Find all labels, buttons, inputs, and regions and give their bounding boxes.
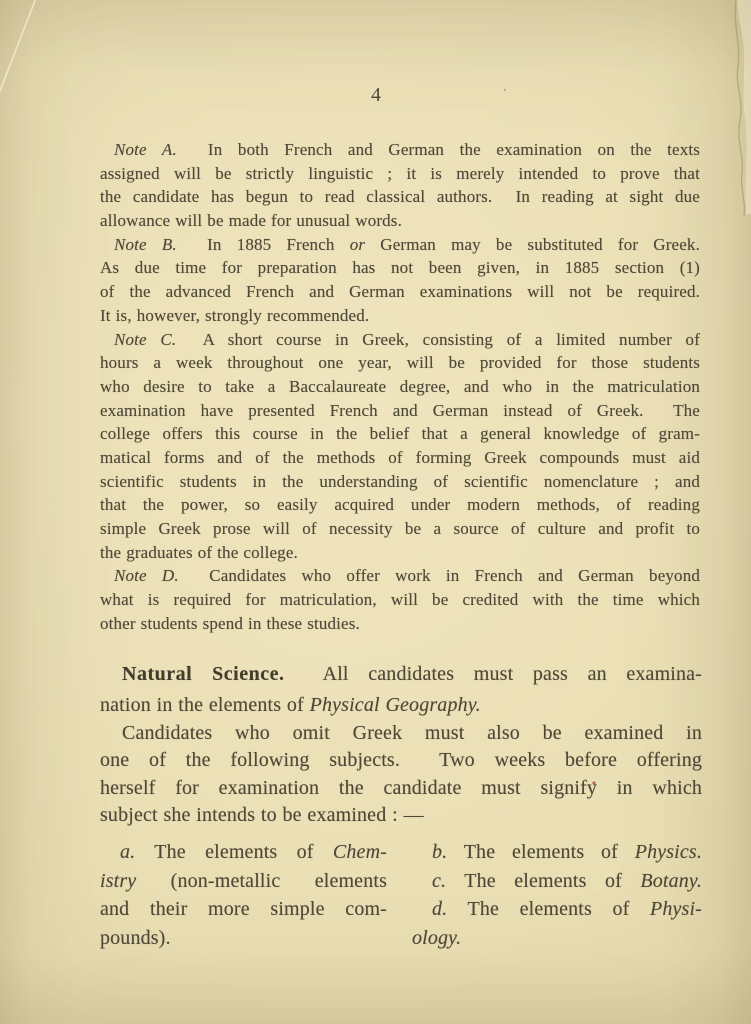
text-line: matical forms and of the methods of form… <box>100 446 700 470</box>
italic-text: Note D. <box>114 566 179 585</box>
text-segment: of the advanced French and German examin… <box>100 282 700 301</box>
text-segment: allowance will be made for unusual words… <box>100 211 402 230</box>
torn-edge-crack <box>735 0 744 216</box>
italic-text: b. <box>432 841 447 863</box>
text-segment: It is, however, strongly recommended. <box>100 306 369 325</box>
subject-item-d: d. The elements of Physi-ology. <box>412 895 702 952</box>
italic-text: Physical Geography. <box>310 694 481 716</box>
italic-text: d. <box>432 898 447 920</box>
text-line: scientific students in the understanding… <box>100 470 700 494</box>
text-segment: matical forms and of the methods of form… <box>100 448 700 467</box>
subject-columns: a. The elements of Chem-istry (non-metal… <box>100 838 702 952</box>
text-line: of the advanced French and German examin… <box>100 280 700 304</box>
natural-science-paragraph: Natural Science. All candidates must pas… <box>100 659 702 720</box>
text-line: other students spend in these studies. <box>100 612 700 636</box>
candidates-paragraph: Candidates who omit Greek must also be e… <box>100 720 702 830</box>
column-gap <box>387 838 412 952</box>
italic-text: Note C. <box>114 330 176 349</box>
text-line: Note D. Candidates who offer work in Fre… <box>100 564 700 588</box>
italic-text: Physics. <box>635 841 702 863</box>
text-line: Note C. A short course in Greek, consist… <box>100 328 700 352</box>
text-segment: subject she intends to be examined : — <box>100 804 424 826</box>
text-line: assigned will be strictly linguistic ; i… <box>100 162 700 186</box>
italic-text: ology. <box>412 927 461 949</box>
natural-science-section: Natural Science. All candidates must pas… <box>100 659 702 720</box>
text-segment: the candidate has begun to read classica… <box>100 187 700 206</box>
italic-text: c. <box>432 870 446 892</box>
text-segment: The elements of <box>447 898 650 920</box>
text-line: one of the following subjects. Two weeks… <box>100 747 702 774</box>
text-line: subject she intends to be examined : — <box>100 802 702 829</box>
text-line: ology. <box>412 924 702 953</box>
text-line: As due time for preparation has not been… <box>100 256 700 280</box>
italic-text: Botany. <box>640 870 702 892</box>
page-edge-highlight <box>737 0 751 214</box>
text-line: that the power, so easily acquired under… <box>100 493 700 517</box>
text-line: and their more simple com- <box>100 895 387 924</box>
italic-text: Physi- <box>650 898 702 920</box>
text-segment: simple Greek prose will of necessity be … <box>100 519 700 538</box>
subject-item-a: a. The elements of Chem-istry (non-metal… <box>100 838 387 952</box>
text-line: allowance will be made for unusual words… <box>100 209 700 233</box>
italic-text: Chem- <box>333 841 387 863</box>
text-segment: assigned will be strictly linguistic ; i… <box>100 164 700 183</box>
text-segment: The elements of <box>135 841 333 863</box>
subject-column-left: a. The elements of Chem-istry (non-metal… <box>100 838 387 952</box>
text-segment: one of the following subjects. Two weeks… <box>100 749 702 771</box>
text-segment: who desire to take a Baccalaureate degre… <box>100 377 700 396</box>
italic-text: or <box>350 235 365 254</box>
candidates-section: Candidates who omit Greek must also be e… <box>100 720 702 830</box>
text-segment: A short course in Greek, consisting of a… <box>176 330 700 349</box>
text-segment: German may be substituted for Greek. <box>365 235 700 254</box>
italic-text: istry <box>100 870 136 892</box>
text-line: nation in the elements of Physical Geogr… <box>100 690 702 721</box>
text-line: examination have presented French and Ge… <box>100 399 700 423</box>
text-line: what is required for matriculation, will… <box>100 588 700 612</box>
text-line: college offers this course in the belief… <box>100 422 700 446</box>
note-c: Note C. A short course in Greek, consist… <box>100 328 700 565</box>
text-segment: Candidates who offer work in French and … <box>179 566 700 585</box>
text-segment: All candidates must pass an examina- <box>284 663 702 685</box>
text-segment: The elements of <box>447 841 634 863</box>
subject-column-right: b. The elements of Physics.c. The elemen… <box>412 838 702 952</box>
text-line: Natural Science. All candidates must pas… <box>100 659 702 690</box>
italic-text: Note A. <box>114 140 177 159</box>
text-line: d. The elements of Physi- <box>412 895 702 924</box>
text-line: the graduates of the college. <box>100 541 700 565</box>
text-segment: The elements of <box>446 870 640 892</box>
text-line: hours a week throughout one year, will b… <box>100 351 700 375</box>
text-segment: pounds). <box>100 927 171 949</box>
text-line: Note B. In 1885 French or German may be … <box>100 233 700 257</box>
note-d: Note D. Candidates who offer work in Fre… <box>100 564 700 635</box>
text-line: b. The elements of Physics. <box>412 838 702 867</box>
italic-text: Note B. <box>114 235 177 254</box>
text-line: who desire to take a Baccalaureate degre… <box>100 375 700 399</box>
text-segment: nation in the elements of <box>100 694 310 716</box>
text-line: c. The elements of Botany. <box>412 867 702 896</box>
italic-text: a. <box>120 841 135 863</box>
text-segment: and their more simple com- <box>100 898 387 920</box>
text-segment: In 1885 French <box>177 235 350 254</box>
text-line: a. The elements of Chem- <box>100 838 387 867</box>
text-segment: other students spend in these studies. <box>100 614 360 633</box>
text-line: Note A. In both French and German the ex… <box>100 138 700 162</box>
text-line: It is, however, strongly recommended. <box>100 304 700 328</box>
note-b: Note B. In 1885 French or German may be … <box>100 233 700 328</box>
text-line: Candidates who omit Greek must also be e… <box>100 720 702 747</box>
text-line: simple Greek prose will of necessity be … <box>100 517 700 541</box>
bold-text: Natural Science. <box>122 663 284 685</box>
text-segment: scientific students in the understanding… <box>100 472 700 491</box>
notes-block: Note A. In both French and German the ex… <box>100 138 700 635</box>
text-line: istry (non-metallic elements <box>100 867 387 896</box>
note-a: Note A. In both French and German the ex… <box>100 138 700 233</box>
text-segment: In both French and German the examinatio… <box>177 140 700 159</box>
page-number: 4 <box>76 84 676 107</box>
text-segment: (non-metallic elements <box>136 870 387 892</box>
corner-crease <box>0 0 36 96</box>
text-line: herself for examination the candidate mu… <box>100 775 702 802</box>
text-segment: examination have presented French and Ge… <box>100 401 700 420</box>
text-segment: that the power, so easily acquired under… <box>100 495 700 514</box>
text-segment: hours a week throughout one year, will b… <box>100 353 700 372</box>
text-segment: As due time for preparation has not been… <box>100 258 700 277</box>
scanned-page: { "colors": { "paper": "#e9ddb2", "ink":… <box>0 0 751 1024</box>
text-segment: college offers this course in the belief… <box>100 424 700 443</box>
text-segment: what is required for matriculation, will… <box>100 590 700 609</box>
text-segment: the graduates of the college. <box>100 543 298 562</box>
subject-item-b: b. The elements of Physics. <box>412 838 702 867</box>
text-line: pounds). <box>100 924 387 953</box>
text-segment: herself for examination the candidate mu… <box>100 777 702 799</box>
subject-item-c: c. The elements of Botany. <box>412 867 702 896</box>
text-line: the candidate has begun to read classica… <box>100 185 700 209</box>
text-segment: Candidates who omit Greek must also be e… <box>122 722 702 744</box>
